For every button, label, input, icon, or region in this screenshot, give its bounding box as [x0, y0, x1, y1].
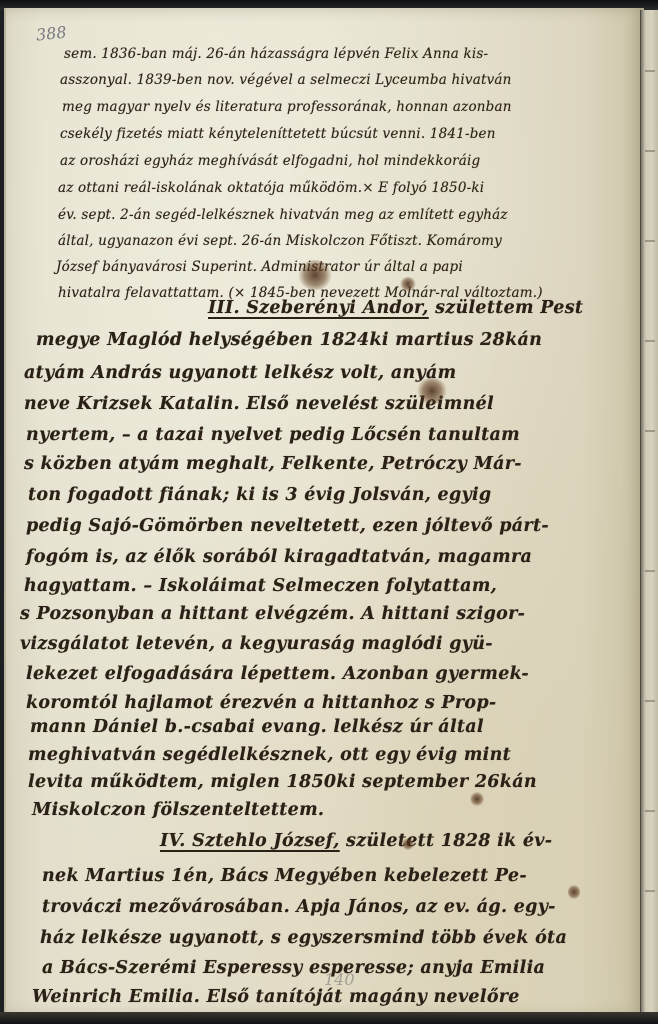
manuscript-page: 388 sem. 1836-ban máj. 26-án házasságra …	[4, 8, 644, 1016]
manuscript-line: József bányavárosi Superint. Administrat…	[56, 259, 463, 275]
manuscript-line: ton fogadott fiának; ki is 3 évig Jolsvá…	[28, 485, 491, 505]
ghost-line	[645, 890, 655, 892]
manuscript-line: levita működtem, miglen 1850ki september…	[28, 772, 537, 792]
manuscript-line: meghivatván segédlelkésznek, ott egy évi…	[28, 745, 511, 765]
ink-stain	[400, 277, 416, 291]
manuscript-line: asszonyal. 1839-ben nov. végével a selme…	[60, 72, 512, 88]
ghost-line	[645, 240, 655, 242]
ink-stain	[470, 792, 484, 806]
manuscript-line: s Pozsonyban a hittant elvégzém. A hitta…	[20, 604, 525, 624]
heading-continuation: született 1828 ik év-	[340, 831, 553, 851]
manuscript-line: az orosházi egyház meghívását elfogadni,…	[60, 153, 480, 169]
section-heading-line: IV. Sztehlo József, született 1828 ik év…	[160, 831, 552, 851]
manuscript-line: fogóm is, az élők sorából kiragadtatván,…	[26, 547, 532, 567]
manuscript-line: nyertem, – a tazai nyelvet pedig Lőcsén …	[26, 425, 520, 445]
ghost-line	[645, 150, 655, 152]
page-number-bottom: 140	[324, 970, 355, 989]
section-heading: III. Szeberényi Andor,	[208, 298, 429, 318]
manuscript-line: nek Martius 1én, Bács Megyében kebelezet…	[42, 866, 527, 886]
manuscript-line: pedig Sajó-Gömörben neveltetett, ezen jó…	[26, 516, 549, 536]
manuscript-line: trováczi mezővárosában. Apja János, az e…	[42, 897, 556, 917]
manuscript-line: év. sept. 2-án segéd-lelkésznek hivatván…	[58, 207, 508, 223]
manuscript-line: által, ugyanazon évi sept. 26-án Miskolc…	[58, 233, 502, 249]
manuscript-line: ház lelkésze ugyanott, s egyszersmind tö…	[40, 928, 567, 948]
book-bottom-edge	[0, 1012, 658, 1024]
manuscript-line: vizsgálatot letevén, a kegyuraság maglód…	[20, 634, 493, 654]
ink-stain	[417, 378, 447, 404]
manuscript-line: lekezet elfogadására lépettem. Azonban g…	[26, 664, 529, 684]
manuscript-line: Miskolczon fölszenteltettem.	[32, 800, 324, 820]
ghost-line	[645, 340, 655, 342]
ink-stain	[568, 884, 580, 900]
section-heading: IV. Sztehlo József,	[160, 831, 340, 851]
ghost-line	[645, 430, 655, 432]
manuscript-line: az ottani reál-iskolának oktatója működö…	[58, 180, 484, 196]
next-page-edge	[640, 10, 658, 1014]
manuscript-line: meg magyar nyelv és literatura professor…	[62, 99, 512, 115]
ink-stain	[402, 838, 414, 850]
ghost-line	[645, 70, 655, 72]
manuscript-line: s közben atyám meghalt, Felkente, Petróc…	[24, 454, 522, 474]
section-heading-line: III. Szeberényi Andor, születtem Pest	[208, 298, 583, 318]
manuscript-line: megye Maglód helységében 1824ki martius …	[36, 330, 542, 350]
manuscript-line: atyám András ugyanott lelkész volt, anyá…	[24, 363, 456, 383]
ghost-line	[645, 810, 655, 812]
ink-stain	[298, 260, 332, 290]
manuscript-line: csekély fizetés miatt kényteleníttetett …	[60, 126, 496, 142]
page-number-top: 388	[35, 22, 67, 44]
manuscript-line: a Bács-Szerémi Esperessy esperesse; anyj…	[42, 958, 545, 978]
manuscript-line: koromtól hajlamot érezvén a hittanhoz s …	[26, 693, 496, 713]
ghost-line	[645, 700, 655, 702]
manuscript-line: Weinrich Emilia. Első tanítóját magány n…	[32, 987, 520, 1007]
ghost-line	[645, 570, 655, 572]
manuscript-line: sem. 1836-ban máj. 26-án házasságra lépv…	[64, 46, 488, 62]
manuscript-line: mann Dániel b.-csabai evang. lelkész úr …	[30, 717, 484, 737]
heading-continuation: születtem Pest	[429, 298, 584, 318]
manuscript-line: hagyattam. – Iskoláimat Selmeczen folyta…	[24, 576, 497, 596]
